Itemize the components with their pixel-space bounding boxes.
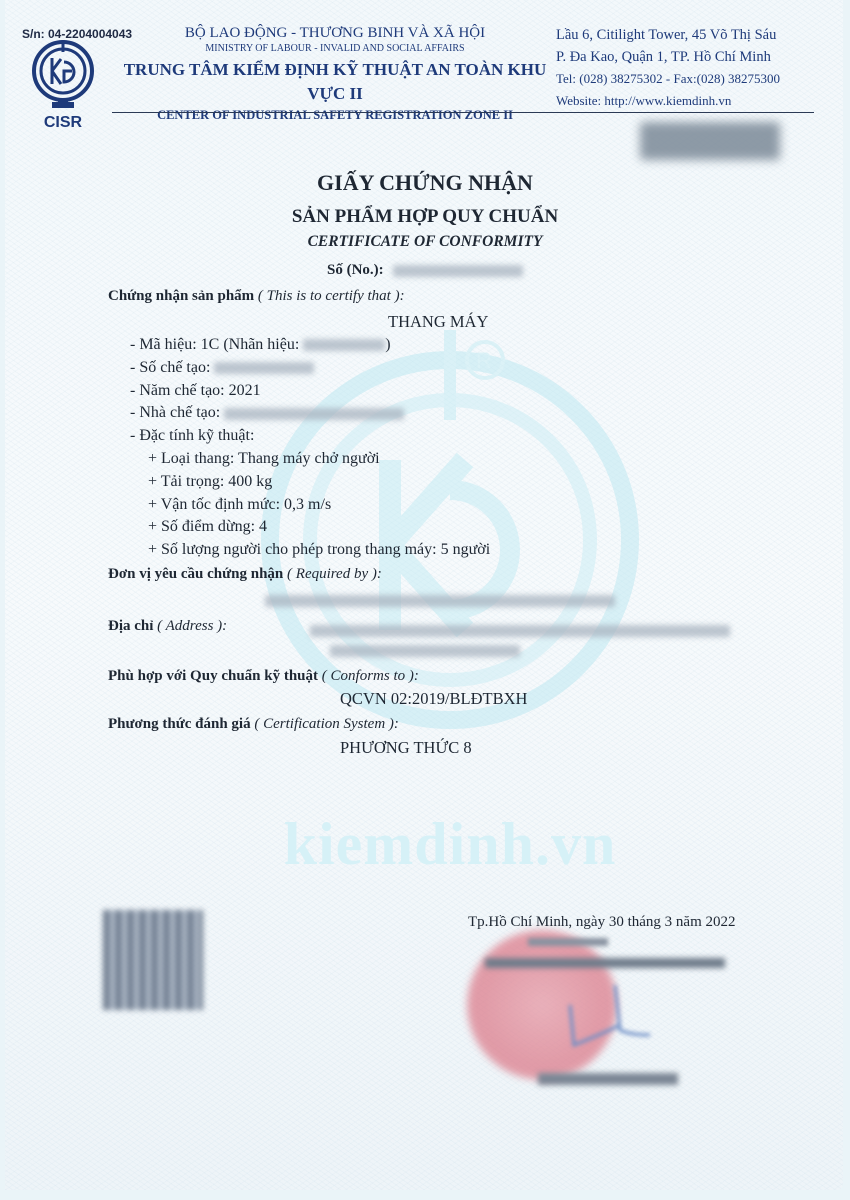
ministry-en: MINISTRY OF LABOUR - INVALID AND SOCIAL … — [110, 42, 560, 56]
address-value-redacted-2 — [330, 642, 520, 660]
cisr-logo-icon: CISR — [28, 38, 98, 130]
issue-date: Tp.Hồ Chí Minh, ngày 30 tháng 3 năm 2022 — [468, 914, 735, 931]
watermark-text: kiemdinh.vn — [230, 810, 670, 879]
redacted-stamp — [640, 122, 780, 160]
method-value: PHƯƠNG THỨC 8 — [340, 738, 472, 758]
product-name: THANG MÁY — [388, 312, 488, 332]
address-line1: Lầu 6, Citilight Tower, 45 Võ Thị Sáu — [556, 24, 780, 46]
certificate-subtitle: SẢN PHẨM HỢP QUY CHUẨN — [0, 206, 850, 228]
model-line: - Mã hiệu: 1C (Nhãn hiệu: ) — [130, 334, 490, 357]
certificate-title: GIẤY CHỨNG NHẬN — [0, 170, 850, 196]
serial-line: - Số chế tạo: — [130, 357, 490, 380]
spec-item: + Số lượng người cho phép trong thang má… — [130, 539, 490, 562]
required-by-label: Đơn vị yêu cầu chứng nhận ( Required by … — [108, 566, 382, 583]
conforms-label: Phù hợp với Quy chuẩn kỹ thuật ( Conform… — [108, 668, 419, 685]
method-label: Phương thức đánh giá ( Certification Sys… — [108, 716, 399, 733]
address-line2: P. Đa Kao, Quận 1, TP. Hồ Chí Minh — [556, 46, 780, 68]
header-organization: BỘ LAO ĐỘNG - THƯƠNG BINH VÀ XÃ HỘI MINI… — [110, 24, 560, 124]
address-value-redacted — [310, 622, 730, 640]
ministry-vi: BỘ LAO ĐỘNG - THƯƠNG BINH VÀ XÃ HỘI — [110, 24, 560, 42]
specs-label: - Đặc tính kỹ thuật: — [130, 425, 490, 448]
manufacturer-line: - Nhà chế tạo: — [130, 402, 490, 425]
certificate-number: Số (No.): — [327, 262, 523, 279]
qr-code-icon — [103, 910, 203, 1010]
spec-item: + Số điểm dừng: 4 — [130, 516, 490, 539]
signature-icon — [560, 975, 660, 1055]
signer-org-redacted — [485, 958, 725, 968]
number-label: Số (No.): — [327, 262, 384, 278]
certificate-title-en: CERTIFICATE OF CONFORMITY — [0, 233, 850, 251]
header-divider — [112, 112, 814, 113]
center-en: CENTER OF INDUSTRIAL SAFETY REGISTRATION… — [110, 106, 560, 124]
header-contact: Lầu 6, Citilight Tower, 45 Võ Thị Sáu P.… — [556, 24, 780, 112]
address-label: Địa chỉ ( Address ): — [108, 618, 227, 635]
conforms-value: QCVN 02:2019/BLĐTBXH — [340, 689, 527, 709]
phone-fax: Tel: (028) 38275302 - Fax:(028) 38275300 — [556, 68, 780, 90]
signer-name-redacted — [538, 1073, 678, 1085]
product-details: - Mã hiệu: 1C (Nhãn hiệu: ) - Số chế tạo… — [130, 334, 490, 562]
redacted-number — [393, 265, 523, 277]
required-by-value-redacted — [265, 592, 615, 610]
spec-item: + Vận tốc định mức: 0,3 m/s — [130, 494, 490, 517]
signer-title-redacted — [528, 938, 608, 946]
svg-text:CISR: CISR — [44, 114, 83, 130]
year-line: - Năm chế tạo: 2021 — [130, 380, 490, 403]
spec-item: + Tải trọng: 400 kg — [130, 471, 490, 494]
spec-item: + Loại thang: Thang máy chở người — [130, 448, 490, 471]
website: Website: http://www.kiemdinh.vn — [556, 90, 780, 112]
center-vi: TRUNG TÂM KIỂM ĐỊNH KỸ THUẬT AN TOÀN KHU… — [110, 58, 560, 106]
certify-label: Chứng nhận sản phẩm ( This is to certify… — [108, 288, 405, 305]
